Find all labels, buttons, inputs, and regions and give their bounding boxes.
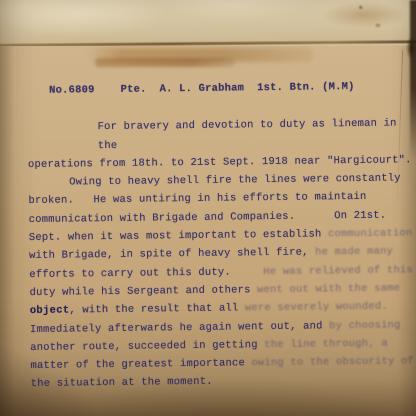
text-segment: broken. He was untiring in his efforts t… [28,191,366,207]
text-segment: the line through, a [264,337,388,351]
text-segment: efforts to carry out this duty. [29,266,263,281]
document-photo: No.6809 Pte. A. L. Grabham 1st. Btn. (M.… [0,0,416,416]
text-segment: with Brigade, in spite of heavy shell fi… [29,247,315,262]
edge-debris-mark [406,36,416,60]
tape-stain-core [95,58,235,67]
text-segment: he made many [315,246,393,259]
citation-header: No.6809 Pte. A. L. Grabham 1st. Btn. (M.… [27,77,411,100]
text-segment: Sept. when it was most important to esta… [29,228,328,244]
text-segment: object [30,305,70,317]
typewritten-text: No.6809 Pte. A. L. Grabham 1st. Btn. (M.… [27,77,415,393]
text-segment: duty while his Sergeant and others [30,284,258,299]
text-segment: Owing to heavy shell fire the lines were… [69,173,401,189]
text-segment: Immediately afterwards he again went out… [30,320,329,336]
text-segment: the situation at the moment. [31,376,213,390]
document-body: For bravery and devotion to duty as line… [27,115,414,394]
text-segment: For bravery and devotion to duty as line… [97,118,403,152]
text-segment: went out with the same [257,282,400,296]
text-segment: were severely wounded. [245,301,388,315]
text-segment: , with the result that all [69,303,245,317]
text-segment: owing to the obscurity of [251,355,414,369]
text-segment: He was relieved of this [263,264,413,278]
document-line: For bravery and devotion to duty as line… [27,115,411,156]
text-segment: communication with Brigade and Companies… [29,209,387,225]
text-segment: communication [328,227,413,240]
text-segment: matter of the greatest importance [30,357,251,372]
text-segment: operations from 18th. to 21st Sept. 1918… [28,154,412,171]
text-segment: by choosing [329,319,401,332]
text-segment: another route, succeeded in getting [30,339,264,354]
